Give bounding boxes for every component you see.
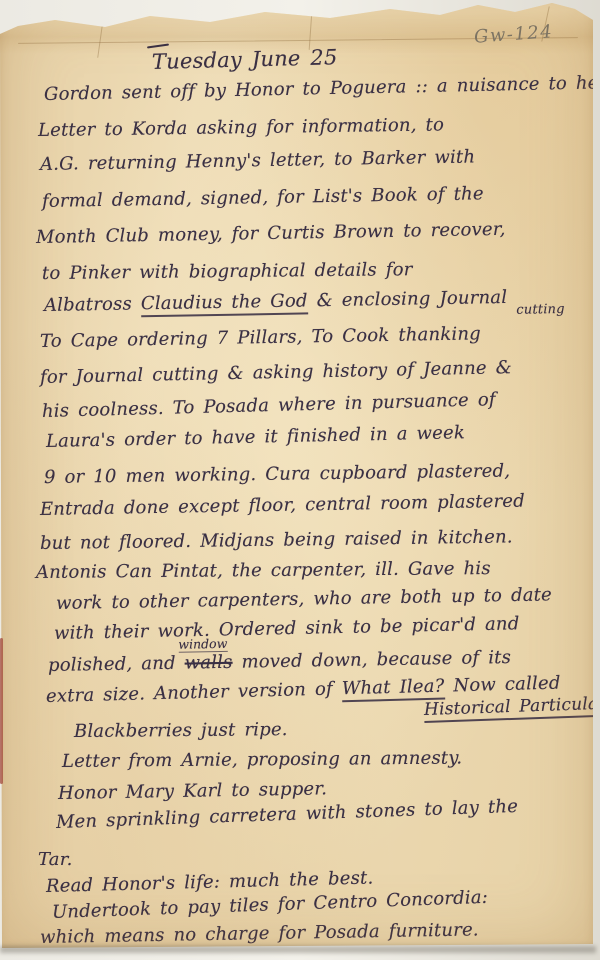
manuscript-line: Antonis Can Pintat, the carpenter, ill. …	[36, 558, 491, 583]
manuscript-line: formal demand, signed, for List's Book o…	[42, 183, 484, 212]
manuscript-line: Albatross Claudius the God & enclosing J…	[44, 286, 565, 316]
underlined-phrase: Historical Particulars	[424, 693, 600, 723]
handwritten-text: cutting	[516, 302, 565, 318]
handwritten-text: Blackberries just ripe.	[74, 719, 288, 742]
manuscript-line: Entrada done except floor, central room …	[40, 491, 525, 520]
handwritten-text: To Cape ordering 7 Pillars, To Cook than…	[40, 323, 481, 352]
manuscript-line: Blackberries just ripe.	[74, 719, 288, 742]
handwritten-text: which means no charge for Posada furnitu…	[40, 919, 479, 948]
handwritten-text: Letter from Arnie, proposing an amnesty.	[62, 748, 462, 772]
scanned-diary-page: Gw-124 Tuesday June 25Gordon sent off by…	[0, 0, 600, 960]
handwritten-text: 9 or 10 men working. Cura cupboard plast…	[44, 460, 511, 488]
handwritten-text: Now called	[444, 673, 561, 697]
fold-crease	[97, 18, 104, 58]
manuscript-line: Gordon sent off by Honor to Poguera :: a…	[44, 72, 600, 105]
handwritten-text: Entrada done except floor, central room …	[40, 491, 525, 520]
handwritten-text: Gordon sent off by Honor to Poguera :: a…	[44, 72, 600, 105]
manuscript-line: 9 or 10 men working. Cura cupboard plast…	[44, 460, 511, 488]
handwritten-text: Tar.	[38, 849, 73, 870]
catalog-number: Gw-124	[473, 21, 554, 47]
manuscript-line: work to other carpenters, who are both u…	[56, 584, 552, 614]
manuscript-line: Laura's order to have it finished in a w…	[46, 422, 465, 452]
handwritten-text: Letter to Korda asking for information, …	[38, 114, 444, 141]
underlined-phrase: Claudius the God	[141, 290, 308, 317]
manuscript-line: which means no charge for Posada furnitu…	[40, 919, 479, 948]
handwritten-text: A.G. returning Henny's letter, to Barker…	[40, 146, 476, 175]
manuscript-line: his coolness. To Posada where in pursuan…	[42, 389, 496, 422]
manuscript-page: Gw-124 Tuesday June 25Gordon sent off by…	[0, 0, 593, 948]
manuscript-line: but not floored. Midjans being raised in…	[40, 526, 513, 554]
manuscript-line: for Journal cutting & asking history of …	[40, 357, 512, 388]
manuscript-line: Honor Mary Karl to supper.	[58, 778, 327, 804]
fold-crease	[309, 12, 313, 50]
handwritten-text: his coolness. To Posada where in pursuan…	[42, 389, 496, 422]
handwritten-text: moved down, because of its	[232, 647, 511, 673]
pen-stroke	[147, 43, 169, 48]
handwritten-text: formal demand, signed, for List's Book o…	[42, 183, 484, 212]
manuscript-line: Month Club money, for Curtis Brown to re…	[36, 219, 506, 248]
manuscript-line: To Cape ordering 7 Pillars, To Cook than…	[40, 323, 481, 352]
handwritten-text: for Journal cutting & asking history of …	[40, 357, 512, 388]
handwritten-text: Tuesday June 25	[152, 45, 338, 74]
manuscript-line: polished, and wallswindow moved down, be…	[48, 647, 511, 676]
manuscript-line: Letter from Arnie, proposing an amnesty.	[62, 748, 462, 772]
manuscript-line: A.G. returning Henny's letter, to Barker…	[40, 146, 476, 175]
inserted-word: window	[178, 638, 227, 652]
handwritten-text: & enclosing Journal	[307, 287, 516, 312]
handwritten-text: to Pinker with biographical details for	[42, 259, 413, 284]
manuscript-line: with their work. Ordered sink to be pica…	[54, 613, 520, 644]
handwritten-text: but not floored. Midjans being raised in…	[40, 526, 513, 554]
handwritten-text: work to other carpenters, who are both u…	[56, 584, 552, 614]
entry-date-title: Tuesday June 25	[152, 45, 338, 74]
underlined-phrase: What Ilea?	[342, 676, 445, 703]
struck-word: wallswindow	[184, 652, 232, 674]
paper-shadow	[0, 946, 596, 953]
section-title-right: Historical Particulars	[424, 693, 600, 720]
handwritten-text: Albatross	[44, 293, 141, 316]
handwritten-text: Honor Mary Karl to supper.	[58, 778, 327, 804]
manuscript-line: Tar.	[38, 849, 73, 870]
handwritten-text: Antonis Can Pintat, the carpenter, ill. …	[36, 558, 491, 583]
manuscript-line: to Pinker with biographical details for	[42, 259, 413, 284]
handwritten-text: Laura's order to have it finished in a w…	[46, 422, 465, 452]
handwritten-text: polished, and	[48, 653, 185, 676]
manuscript-line: Letter to Korda asking for information, …	[38, 114, 444, 141]
handwritten-text: extra size. Another version of	[46, 678, 342, 707]
handwritten-text: Month Club money, for Curtis Brown to re…	[36, 219, 506, 248]
handwritten-text: with their work. Ordered sink to be pica…	[54, 613, 520, 644]
adjacent-page-edge	[0, 638, 3, 784]
